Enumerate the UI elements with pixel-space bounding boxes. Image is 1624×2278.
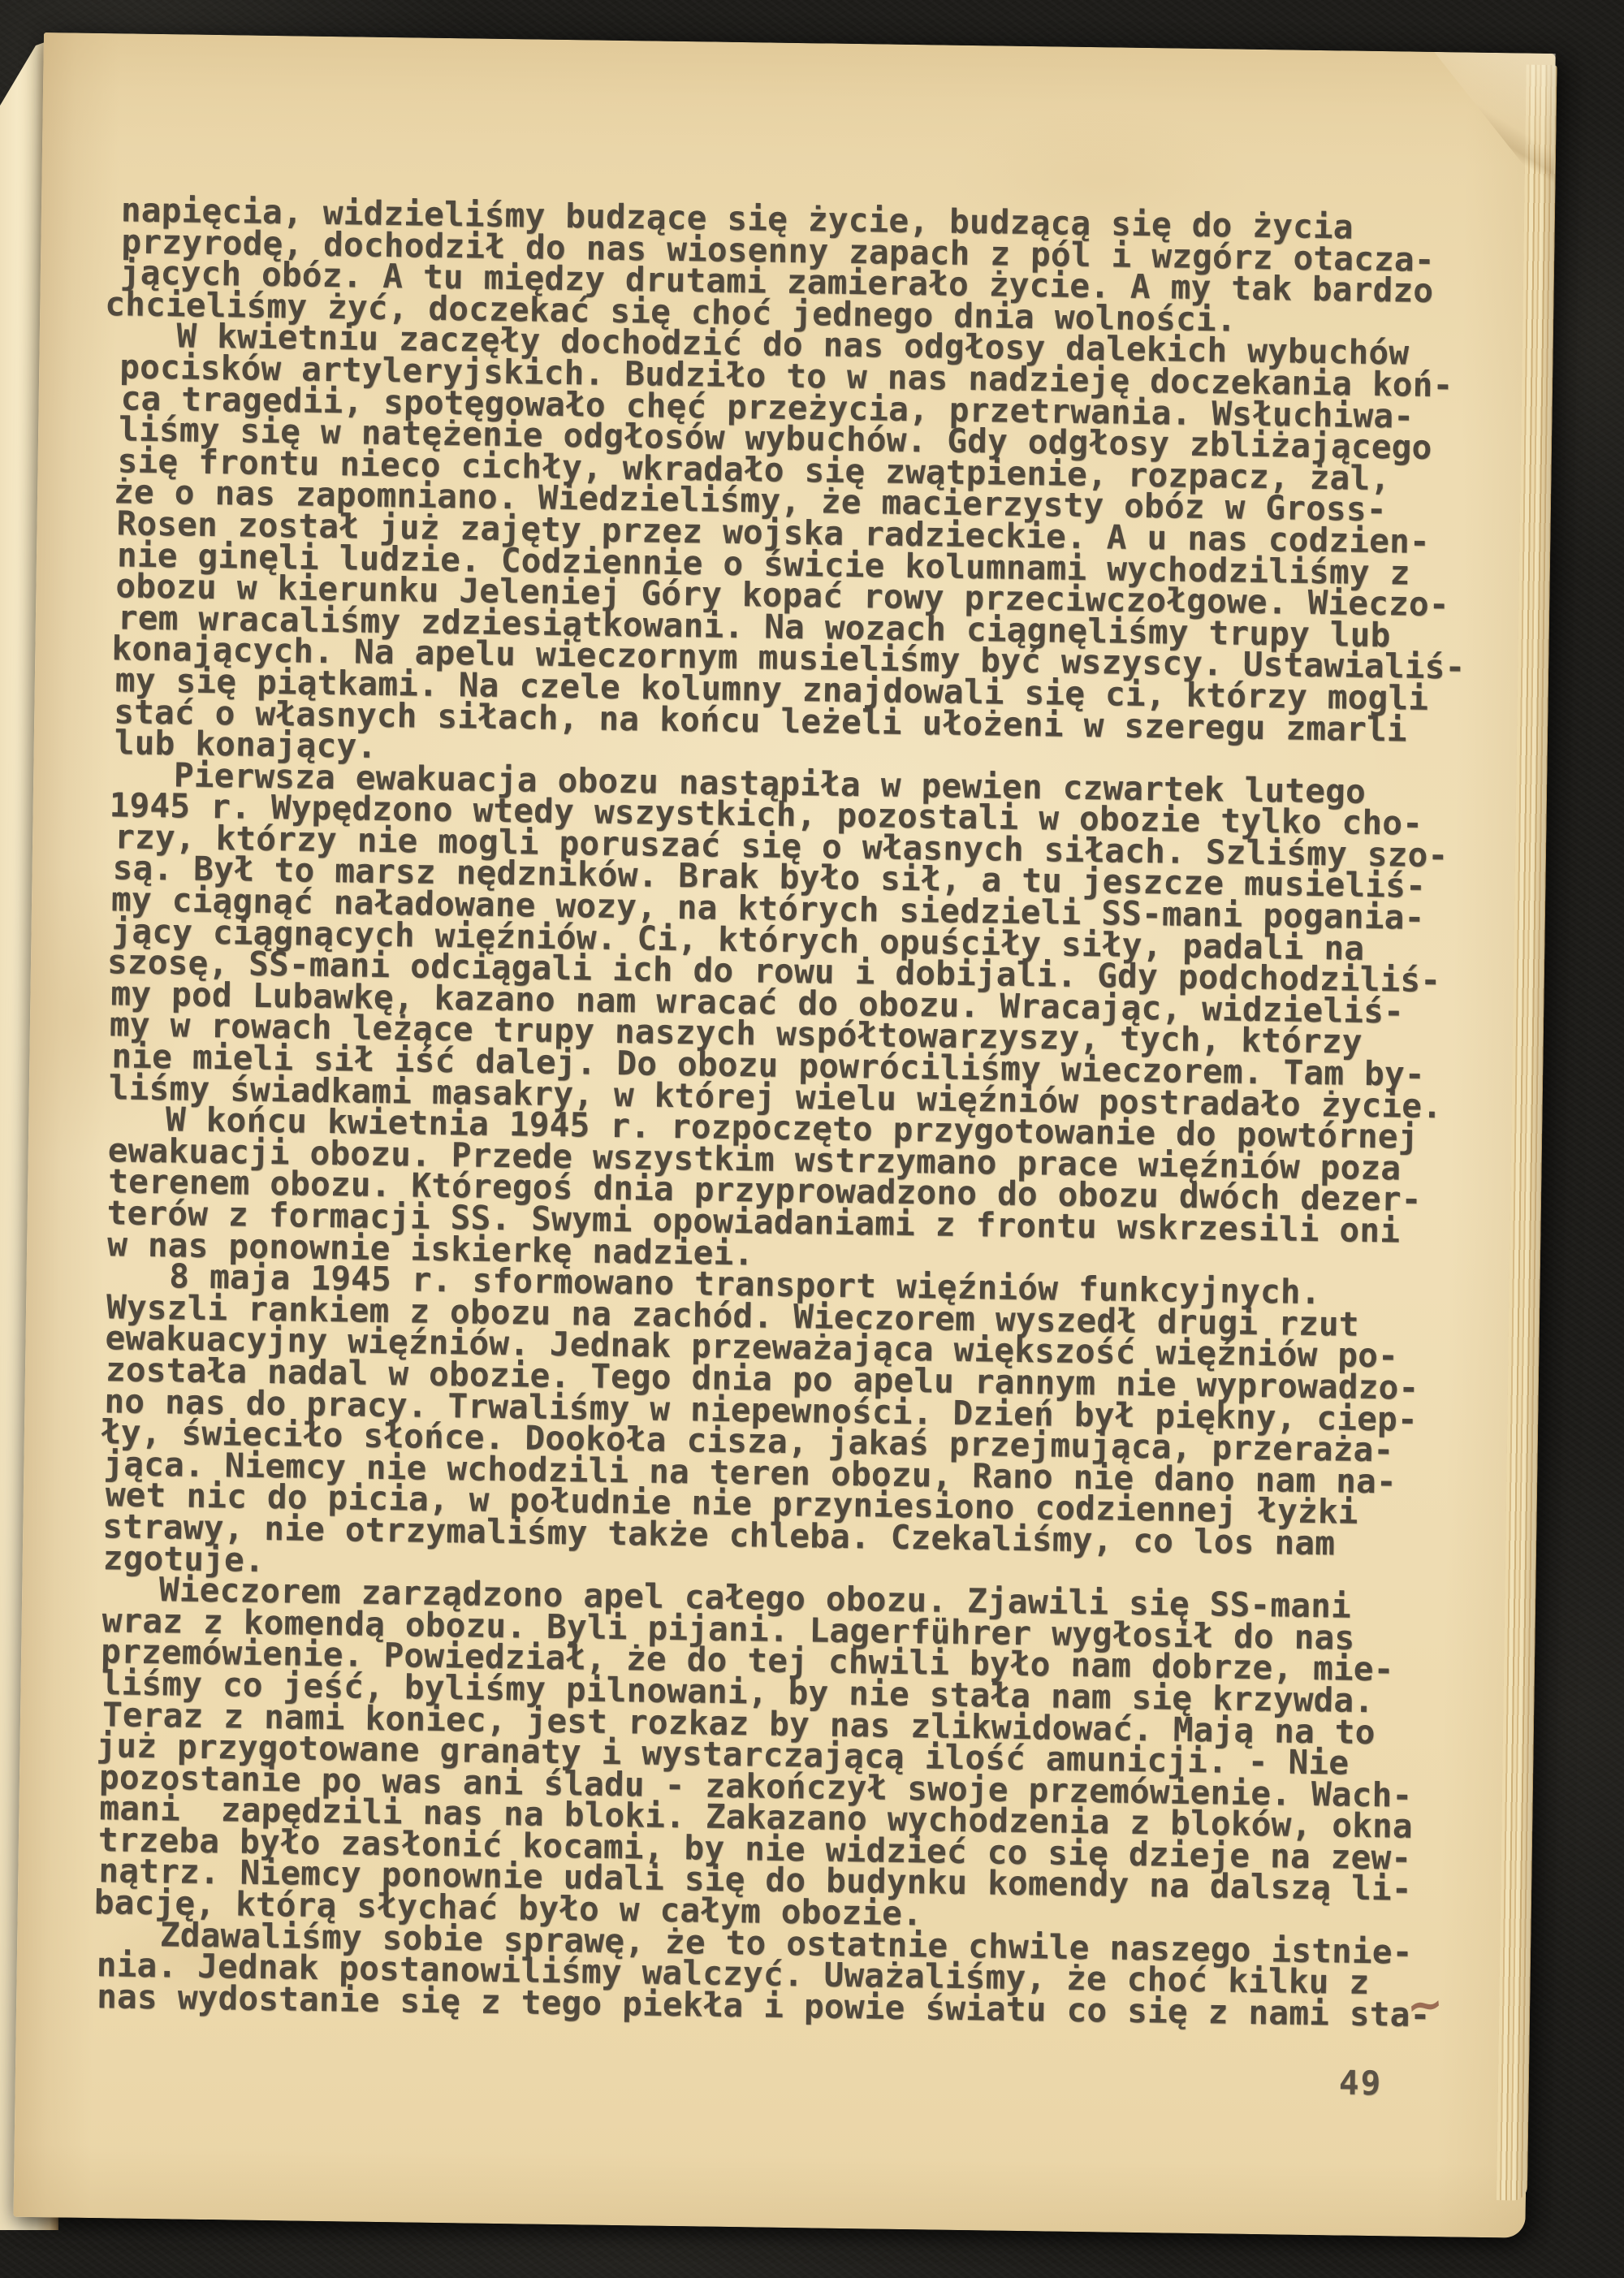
text-lines: napięcia, widzieliśmy budzące się życie,… bbox=[96, 194, 1534, 2032]
handwritten-tilde-mark: ~ bbox=[1405, 1982, 1445, 2029]
scanned-book-photo: napięcia, widzieliśmy budzące się życie,… bbox=[0, 0, 1624, 2278]
page-number: 49 bbox=[1339, 2067, 1383, 2101]
typewritten-text: napięcia, widzieliśmy budzące się życie,… bbox=[96, 194, 1534, 2032]
book-page: napięcia, widzieliśmy budzące się życie,… bbox=[13, 32, 1555, 2238]
